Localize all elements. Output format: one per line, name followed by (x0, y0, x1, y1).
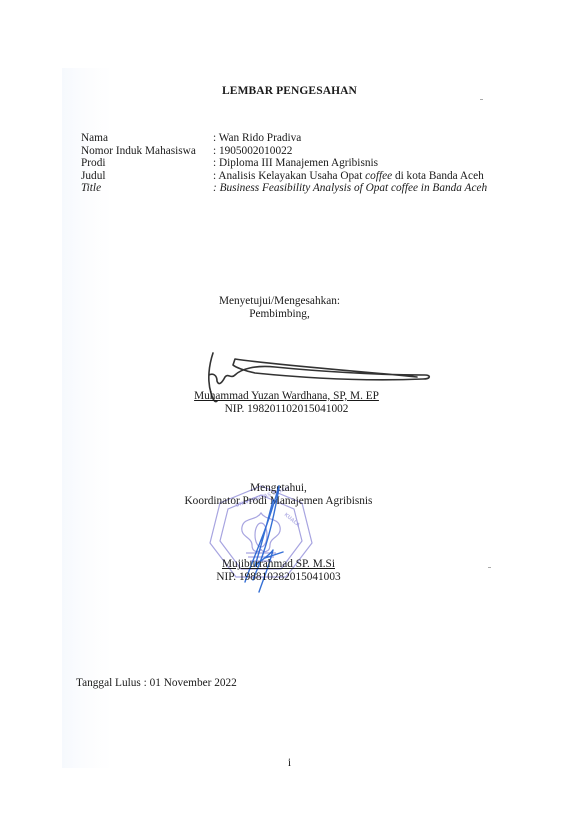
scan-speck (488, 567, 491, 568)
advisor-block: Muhammad Yuzan Wardhana, SP, M. EP NIP. … (0, 390, 576, 416)
student-info-table: Nama : Wan Rido Pradiva Nomor Induk Maha… (81, 132, 487, 195)
info-value: : Wan Rido Pradiva (213, 132, 301, 145)
advisor-nip: NIP. 198201102015041002 (0, 403, 576, 416)
info-label: Prodi (81, 157, 213, 170)
info-value: : Business Feasibility Analysis of Opat … (213, 182, 487, 195)
info-label: Nomor Induk Mahasiswa (81, 145, 213, 158)
info-value: : Diploma III Manajemen Agribisnis (213, 157, 378, 170)
info-label: Title (81, 182, 213, 195)
info-row-thesis-title: Judul : Analisis Kelayakan Usaha Opat co… (81, 170, 487, 183)
title-italic-word: coffee (365, 170, 392, 182)
info-row-name: Nama : Wan Rido Pradiva (81, 132, 487, 145)
coordinator-block: Mujiburrahmad SP. M.Si NIP. 198810282015… (0, 558, 568, 584)
info-label: Judul (81, 170, 213, 183)
coordinator-nip: NIP. 198810282015041003 (0, 571, 568, 584)
page-number: i (0, 757, 579, 769)
title-suffix: di kota Banda Aceh (392, 170, 484, 182)
info-value: : Analisis Kelayakan Usaha Opat coffee d… (213, 170, 484, 183)
info-row-student-id: Nomor Induk Mahasiswa : 1905002010022 (81, 145, 487, 158)
page-title: LEMBAR PENGESAHAN (0, 85, 579, 97)
approval-line: Menyetujui/Mengesahkan: (0, 295, 569, 308)
info-label: Nama (81, 132, 213, 145)
info-value: : 1905002010022 (213, 145, 292, 158)
coordinator-name: Mujiburrahmad SP. M.Si (222, 558, 335, 570)
approval-heading: Menyetujui/Mengesahkan: Pembimbing, (0, 295, 569, 321)
title-prefix: : Analisis Kelayakan Usaha Opat (213, 170, 365, 182)
graduation-date: Tanggal Lulus : 01 November 2022 (76, 677, 237, 689)
advisor-name: Muhammad Yuzan Wardhana, SP, M. EP (194, 390, 379, 402)
advisor-role: Pembimbing, (0, 308, 569, 321)
info-row-program: Prodi : Diploma III Manajemen Agribisnis (81, 157, 487, 170)
scan-speck (480, 99, 483, 100)
info-row-english-title: Title : Business Feasibility Analysis of… (81, 182, 487, 195)
